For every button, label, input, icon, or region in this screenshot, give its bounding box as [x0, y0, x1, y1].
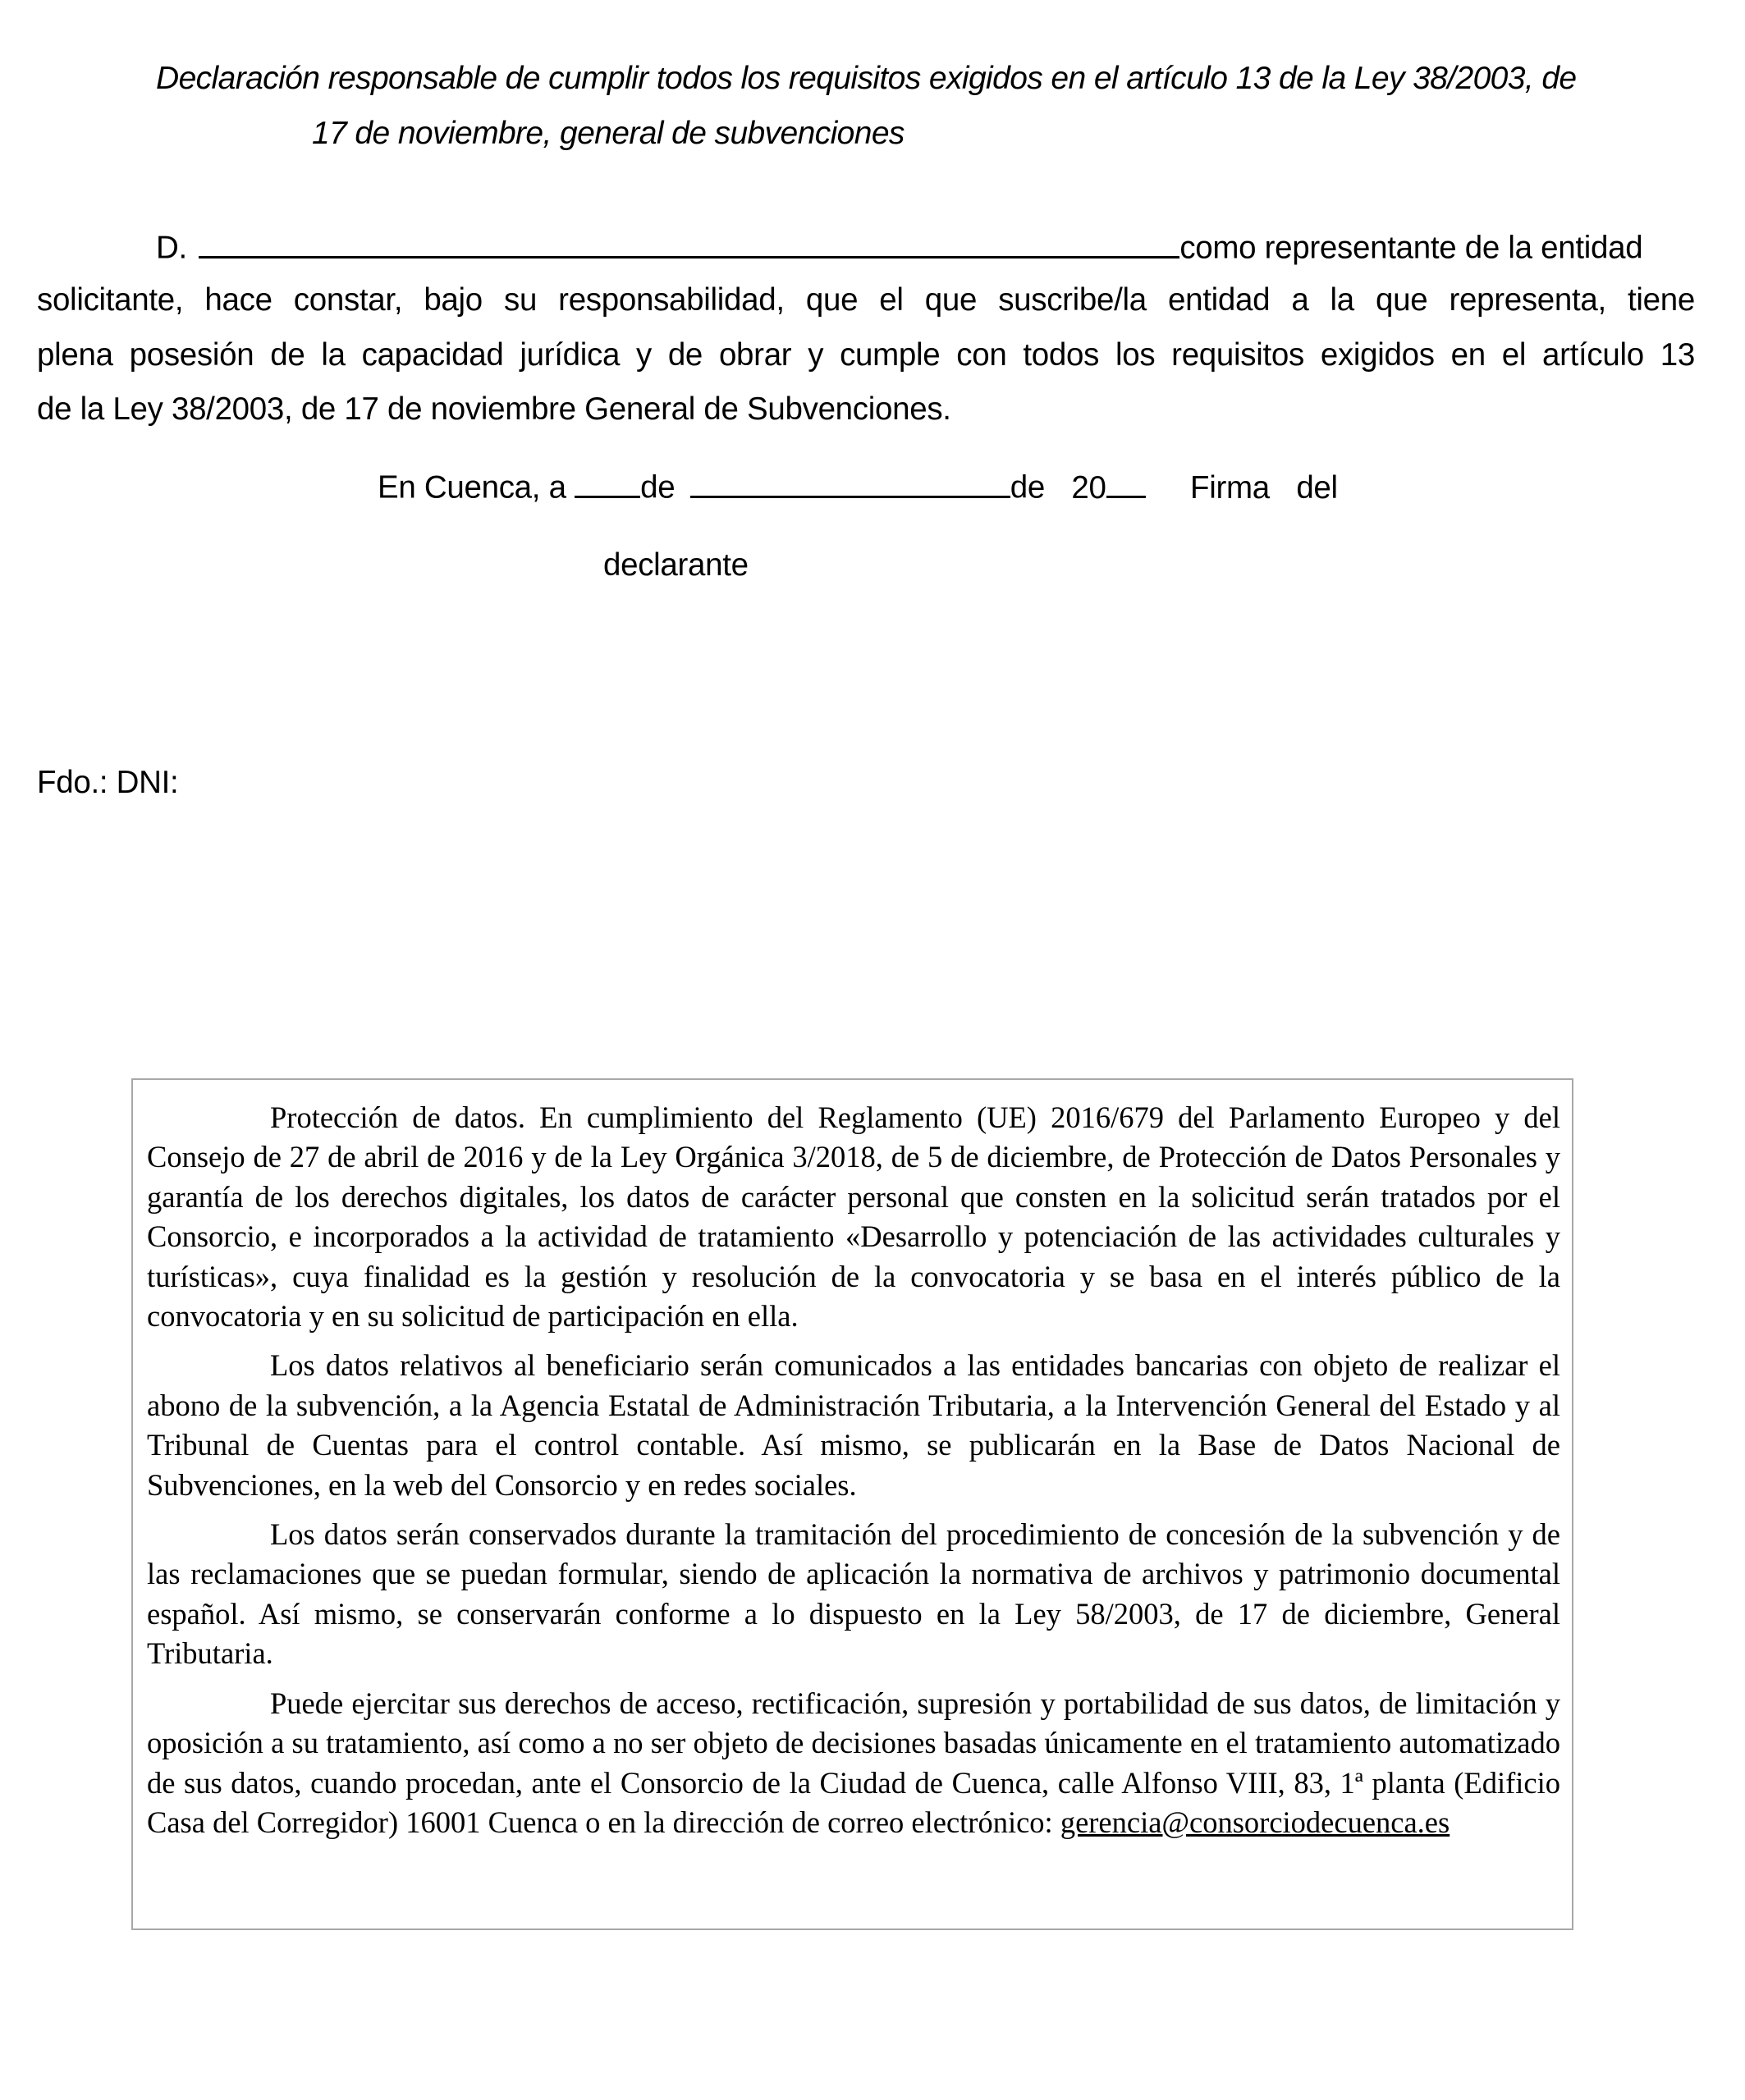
data-protection-paragraph-3: Los datos serán conservados durante la t… — [147, 1515, 1560, 1674]
contact-email-link[interactable]: gerencia@consorciodecuenca.es — [1060, 1805, 1450, 1839]
month-field[interactable] — [690, 467, 1010, 498]
data-protection-box: Protección de datos. En cumplimiento del… — [131, 1078, 1573, 1930]
firma-label: Firma — [1190, 470, 1270, 506]
document-title-line-2: 17 de noviembre, general de subvenciones — [312, 116, 905, 152]
declaration-line-1-suffix: como representante de la entidad — [1179, 231, 1642, 266]
declaration-line-3: plena posesión de la capacidad jurídica … — [37, 337, 1695, 373]
day-field[interactable] — [575, 467, 640, 498]
de-label-1: de — [640, 470, 675, 506]
declarante-label: declarante — [603, 547, 749, 583]
de-label-2: de — [1010, 470, 1045, 506]
data-protection-paragraph-2: Los datos relativos al beneficiario será… — [147, 1346, 1560, 1505]
data-protection-paragraph-1: Protección de datos. En cumplimiento del… — [147, 1098, 1560, 1336]
declaration-prefix: D. — [156, 231, 187, 266]
representative-name-field[interactable] — [199, 227, 1179, 258]
declaration-line-4: de la Ley 38/2003, de 17 de noviembre Ge… — [37, 391, 951, 428]
declaration-line-2: solicitante, hace constar, bajo su respo… — [37, 282, 1695, 318]
signature-dni-label: Fdo.: DNI: — [37, 765, 178, 801]
document-title-line-1: Declaración responsable de cumplir todos… — [156, 61, 1577, 97]
year-prefix: 20 — [1071, 470, 1106, 506]
data-protection-text: Protección de datos. En cumplimiento del… — [147, 1098, 1560, 1852]
declaration-line-1: D. como representante de la entidad — [156, 227, 1642, 267]
del-label: del — [1296, 470, 1337, 506]
city-label: En Cuenca, a — [378, 470, 566, 506]
place-date-line: En Cuenca, a de de 20 Firma del — [378, 467, 1338, 506]
data-protection-paragraph-4: Puede ejercitar sus derechos de acceso, … — [147, 1684, 1560, 1843]
year-field[interactable] — [1106, 467, 1146, 498]
